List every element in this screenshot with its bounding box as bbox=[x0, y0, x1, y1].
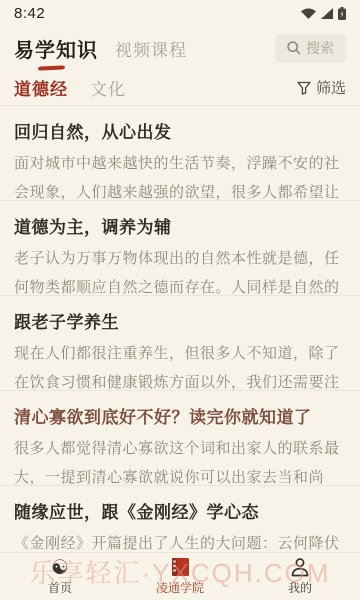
article-title: 道德为主，调养为辅 bbox=[14, 213, 346, 238]
nav-label: 首页 bbox=[48, 579, 72, 596]
page-title: 易学知识 bbox=[14, 34, 98, 63]
article-item[interactable]: 跟老子学养生 现在人们都很注重养生，但很多人不知道，除了在饮食习惯和健康锻炼方面… bbox=[0, 296, 360, 391]
article-title: 清心寡欲到底好不好？读完你就知道了 bbox=[14, 403, 346, 428]
app-screen: 8:42 易学知识 视频课程 bbox=[0, 0, 360, 600]
tab-daodejing[interactable]: 道德经 bbox=[14, 75, 68, 100]
clock: 8:42 bbox=[14, 5, 45, 22]
red-book-icon bbox=[171, 557, 190, 577]
tab-culture[interactable]: 文化 bbox=[90, 75, 126, 100]
nav-item-home[interactable]: ☯ 首页 bbox=[0, 553, 120, 600]
article-list: 回归自然，从心出发 面对城市中越来越快的生活节奏，浮躁不安的社会现象，人们越来越… bbox=[0, 106, 360, 581]
taiji-icon: ☯ bbox=[51, 557, 69, 577]
nav-item-academy[interactable]: 凌通学院 bbox=[120, 553, 240, 600]
nav-label: 凌通学院 bbox=[156, 579, 204, 596]
bottom-nav: ☯ 首页 凌通学院 我的 bbox=[0, 552, 360, 600]
filter-label: 筛选 bbox=[316, 77, 346, 98]
article-title: 跟老子学养生 bbox=[14, 308, 346, 333]
article-excerpt: 面对城市中越来越快的生活节奏，浮躁不安的社会现象，人们越来越强的欲望，很多人都希… bbox=[14, 150, 346, 208]
article-item[interactable]: 道德为主，调养为辅 老子认为万事万物体现出的自然本性就是德，任何物类都顺应自然之… bbox=[0, 201, 360, 296]
category-tabs: 道德经 文化 筛选 bbox=[0, 70, 360, 106]
signal-icon bbox=[321, 8, 333, 19]
article-excerpt: 现在人们都很注重养生，但很多人不知道，除了在饮食习惯和健康锻炼方面以外，我们还需… bbox=[14, 340, 346, 398]
article-title: 回归自然，从心出发 bbox=[14, 118, 346, 143]
status-bar: 8:42 bbox=[0, 0, 360, 24]
battery-charging-icon bbox=[338, 7, 346, 20]
article-excerpt: 很多人都觉得清心寡欲这个词和出家人的联系最大，一提到清心寡欲就说你可以出家去当和… bbox=[14, 435, 346, 493]
filter-button[interactable]: 筛选 bbox=[297, 77, 346, 98]
header: 易学知识 视频课程 搜索 bbox=[0, 28, 360, 68]
funnel-icon bbox=[297, 81, 311, 95]
nav-label: 我的 bbox=[288, 579, 312, 596]
wifi-icon bbox=[301, 8, 316, 19]
article-excerpt: 老子认为万事万物体现出的自然本性就是德，任何物类都顺应自然之德而存在。人同样是自… bbox=[14, 245, 346, 303]
article-item[interactable]: 回归自然，从心出发 面对城市中越来越快的生活节奏，浮躁不安的社会现象，人们越来越… bbox=[0, 106, 360, 201]
tab-video-courses[interactable]: 视频课程 bbox=[115, 36, 187, 61]
search-button[interactable]: 搜索 bbox=[275, 34, 346, 63]
nav-item-mine[interactable]: 我的 bbox=[240, 553, 360, 600]
person-icon bbox=[290, 557, 310, 577]
search-icon bbox=[287, 41, 301, 55]
article-item[interactable]: 清心寡欲到底好不好？读完你就知道了 很多人都觉得清心寡欲这个词和出家人的联系最大… bbox=[0, 391, 360, 486]
search-label: 搜索 bbox=[306, 38, 334, 58]
article-title: 随缘应世，跟《金刚经》学心态 bbox=[14, 498, 346, 523]
